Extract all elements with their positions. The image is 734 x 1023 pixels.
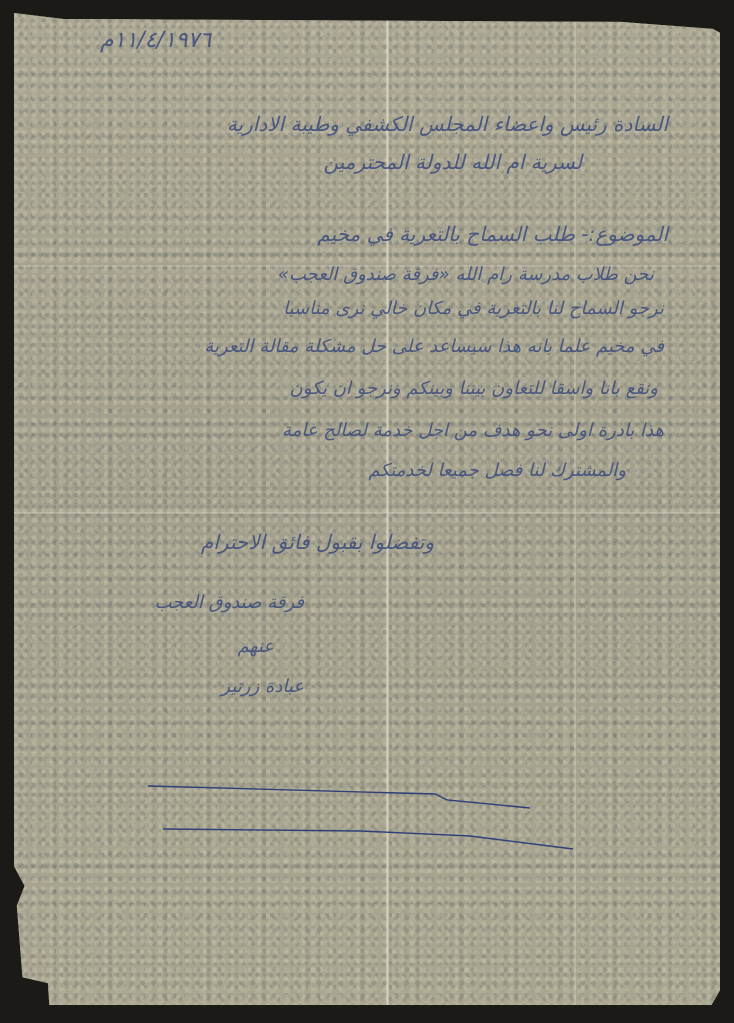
- handwritten-underlines: [0, 0, 734, 1023]
